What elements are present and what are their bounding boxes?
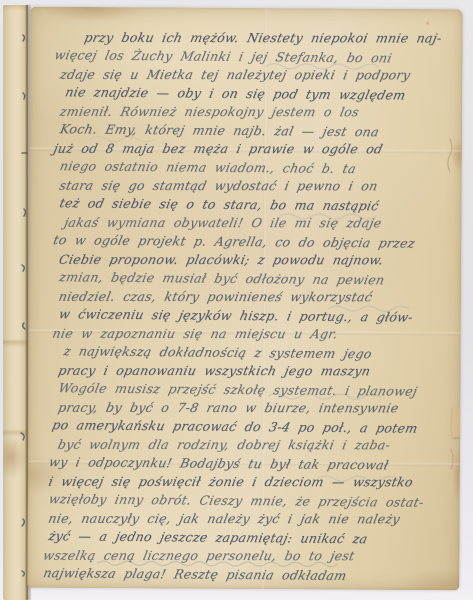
handwritten-line: wzięłoby inny obrót. Cieszy mnie, że prz…	[47, 490, 450, 512]
handwritten-line: pracy, by być o 7-8 rano w biurze, inten…	[56, 399, 450, 418]
handwritten-line: Ciebie proponow. placówki; z powodu najn…	[57, 251, 451, 270]
handwritten-line: już od 8 maja bez męża i prawie w ogóle …	[52, 140, 452, 159]
handwritten-line: Koch. Emy, której mnie najb. żal — jest …	[58, 120, 452, 142]
scan-background: przy boku ich mężów. Niestety niepokoi m…	[0, 0, 473, 600]
handwriting: przy boku ich mężów. Niestety niepokoi m…	[57, 28, 450, 585]
handwritten-line: wszelką ceną licznego personelu, bo to j…	[41, 547, 449, 566]
handwritten-line: jakaś wymiana obywateli! O ile mi się zd…	[62, 214, 451, 233]
handwritten-line: być wolnym dla rodziny, dobrej książki i…	[56, 436, 450, 455]
handwritten-line: wy i odpoczynku! Bodajbyś tu był tak pra…	[47, 453, 450, 475]
handwritten-line: z największą dokładnością z systemem jeg…	[62, 342, 451, 364]
handwritten-line: w ćwiczeniu się języków hiszp. i portug.…	[57, 305, 451, 327]
edge-tape-tab	[452, 407, 462, 437]
handwritten-line: i więcej się poświęcił żonie i dzieciom …	[47, 473, 450, 492]
adjacent-page-ink-fragments	[3, 5, 28, 600]
handwritten-line: zmienił. Również niespokojny jestem o lo…	[58, 103, 452, 122]
handwritten-line: więcej los Żuchy Malinki i jej Stefanka,…	[53, 46, 453, 68]
letter-page: przy boku ich mężów. Niestety niepokoi m…	[27, 7, 463, 591]
handwritten-line: Wogóle musisz przejść szkołę systemat. i…	[57, 379, 451, 401]
handwritten-line: to w ogóle projekt p. Agrella, co do obj…	[51, 231, 451, 253]
handwritten-line: żyć — a jedno jeszcze zapamiętaj: unikać…	[47, 527, 450, 549]
handwritten-line: nie w zapoznaniu się na miejscu u Agr.	[51, 325, 451, 344]
handwritten-line: stara się go stamtąd wydostać i pewno i …	[58, 177, 452, 196]
handwritten-line: niego ostatnio niema wiadom., choć b. ta	[58, 157, 452, 179]
handwritten-line: nie znajdzie — oby i on się pod tym wzgl…	[63, 83, 452, 105]
adjacent-page-edge	[3, 5, 28, 600]
handwritten-line: po amerykańsku pracować do 3-4 po poł., …	[50, 416, 450, 438]
handwritten-line: zdaje się u Mietka tej należytej opieki …	[58, 66, 452, 85]
handwritten-line: też od siebie się o to stara, bo ma nast…	[58, 194, 452, 216]
handwritten-line: zmian, będzie musiał być odłożony na pew…	[57, 268, 451, 290]
handwritten-line: nie, nauczyły cię, jak należy żyć i jak …	[46, 510, 449, 529]
handwritten-line: największa plaga! Resztę pisania odkłada…	[41, 564, 449, 586]
handwritten-line: przy boku ich mężów. Niestety niepokoi m…	[82, 29, 452, 48]
handwritten-line: pracy i opanowaniu wszystkich jego maszy…	[56, 362, 450, 381]
handwritten-line: niedziel. czas, który powinieneś wykorzy…	[57, 288, 451, 307]
